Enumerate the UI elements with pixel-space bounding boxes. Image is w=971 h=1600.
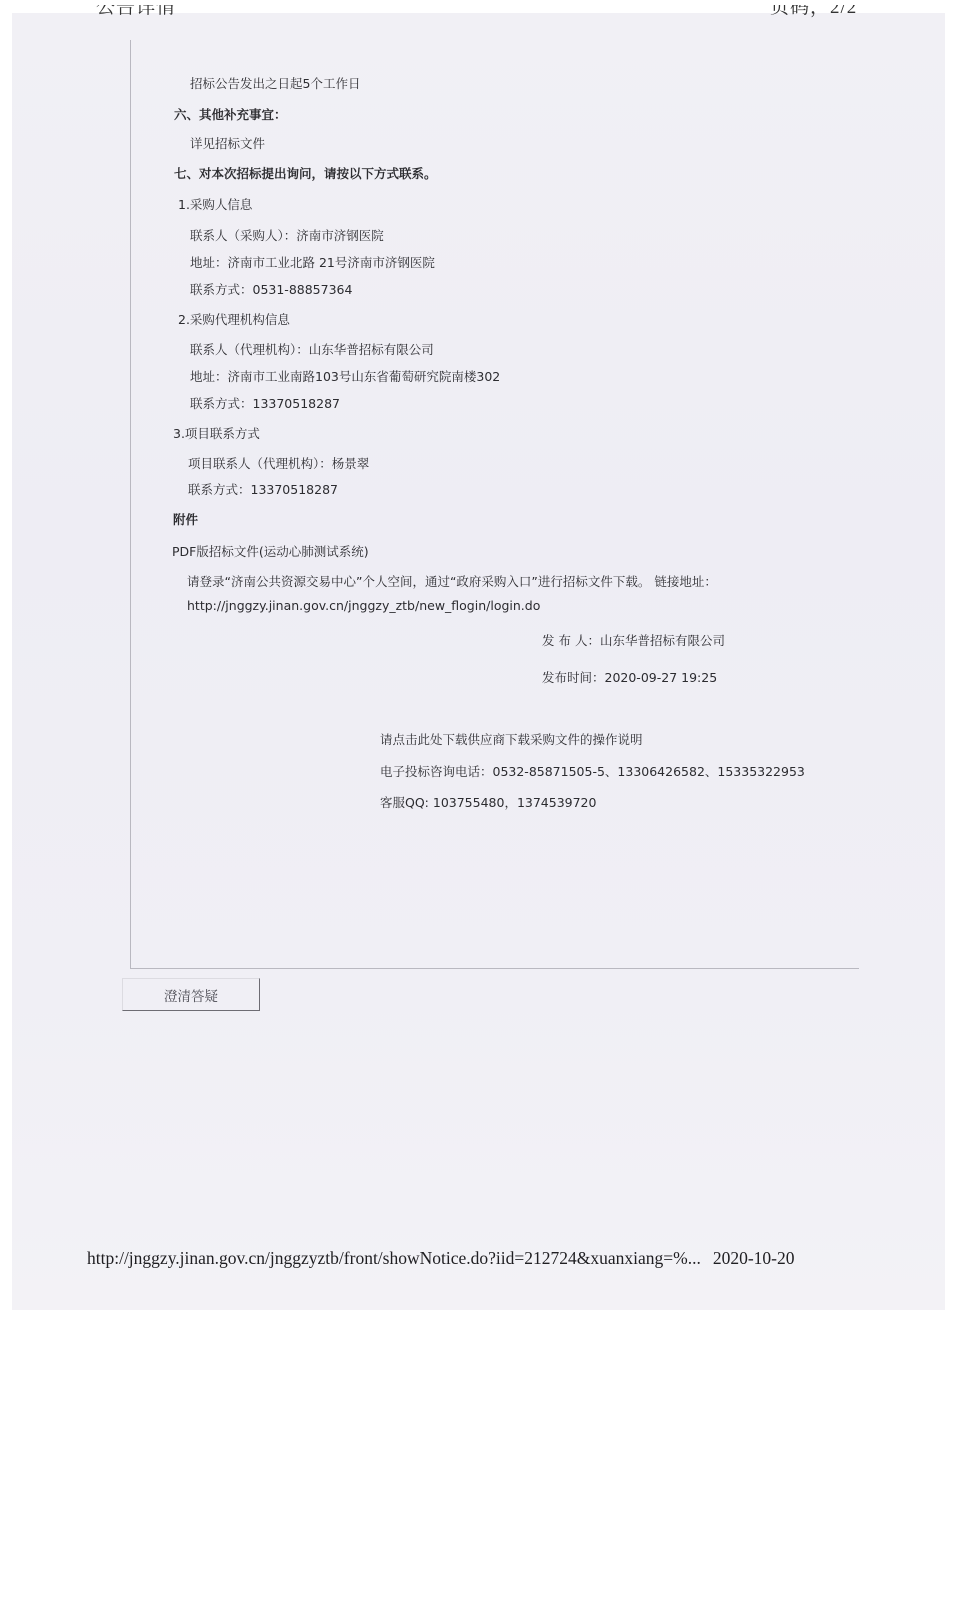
print-footer-url: http://jnggzy.jinan.gov.cn/jnggzyztb/fro…: [87, 1248, 701, 1268]
publisher-line: 发 布 人：山东华普招标有限公司: [542, 631, 725, 649]
purchaser-contact: 联系人（采购人）：济南市济钢医院: [190, 226, 384, 244]
section6-body: 详见招标文件: [190, 134, 265, 152]
page-header-page-number: 页码，2/2: [770, 5, 857, 19]
purchaser-title: 1.采购人信息: [178, 195, 252, 213]
project-title: 3.项目联系方式: [173, 424, 260, 442]
purchaser-phone: 联系方式：0531-88857364: [190, 280, 352, 298]
agency-address: 地址：济南市工业南路103号山东省葡萄研究院南楼302: [190, 367, 500, 385]
project-contact: 项目联系人（代理机构）：杨景翠: [188, 454, 369, 472]
attachment-heading: 附件: [173, 510, 198, 528]
login-url-link[interactable]: http://jnggzy.jinan.gov.cn/jnggzy_ztb/ne…: [187, 598, 540, 613]
section7-heading: 七、对本次招标提出询问，请按以下方式联系。: [174, 164, 437, 182]
deadline-text: 招标公告发出之日起5个工作日: [190, 74, 360, 92]
section6-heading: 六、其他补充事宜：: [174, 105, 287, 123]
clarify-qa-button[interactable]: 澄清答疑: [122, 978, 260, 1011]
agency-title: 2.采购代理机构信息: [178, 310, 290, 328]
print-footer-date: 2020-10-20: [713, 1248, 795, 1268]
agency-phone: 联系方式：13370518287: [190, 394, 340, 412]
attachment-file-link[interactable]: PDF版招标文件(运动心肺测试系统): [172, 542, 369, 560]
project-phone: 联系方式：13370518287: [188, 480, 338, 498]
agency-contact: 联系人（代理机构）：山东华普招标有限公司: [190, 340, 434, 358]
purchaser-address: 地址：济南市工业北路 21号济南市济钢医院: [190, 253, 435, 271]
download-instructions: 请登录“济南公共资源交易中心”个人空间，通过“政府采购入口”进行招标文件下载。 …: [187, 572, 717, 590]
help-qq-line: 客服QQ: 103755480，1374539720: [380, 793, 596, 811]
page-header-title: 公告详情: [96, 5, 176, 19]
download-guide-link[interactable]: 请点击此处下载供应商下载采购文件的操作说明: [380, 730, 643, 748]
help-phone-line: 电子投标咨询电话：0532-85871505-5、13306426582、153…: [380, 762, 805, 780]
scanned-page: 公告详情 页码，2/2 招标公告发出之日起5个工作日 六、其他补充事宜： 详见招…: [12, 13, 945, 1310]
publish-time: 发布时间：2020-09-27 19:25: [542, 668, 717, 686]
print-footer: http://jnggzy.jinan.gov.cn/jnggzyztb/fro…: [87, 1248, 794, 1269]
